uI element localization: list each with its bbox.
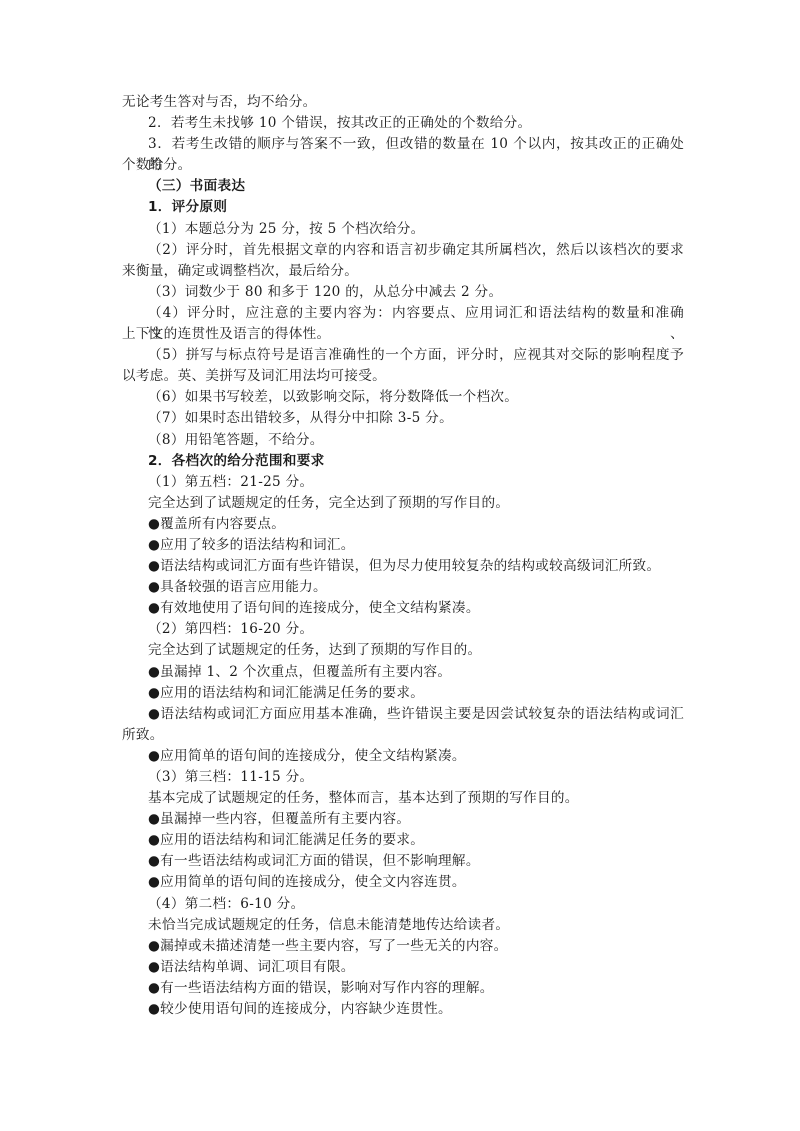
bullet-item: ●覆盖所有内容要点。 [122, 514, 684, 535]
text-line: （1）本题总分为 25 分，按 5 个档次给分。 [122, 219, 684, 240]
bullet-item: ●应用的语法结构和词汇能满足任务的要求。 [122, 683, 684, 704]
bullet-item: ●语法结构或词汇方面应用基本准确，些许错误主要是因尝试较复杂的语法结构或词汇 [122, 704, 684, 725]
text-line: 基本完成了试题规定的任务，整体而言，基本达到了预期的写作目的。 [122, 788, 684, 809]
text-line: （4）评分时，应注意的主要内容为：内容要点、应用词汇和语法结构的数量和准确性、 [122, 303, 684, 324]
section-heading: （三）书面表达 [122, 176, 684, 197]
bullet-item: ●语法结构单调、词汇项目有限。 [122, 957, 684, 978]
text-line: （3）词数少于 80 和多于 120 的，从总分中减去 2 分。 [122, 282, 684, 303]
text-line: （2）评分时，首先根据文章的内容和语言初步确定其所属档次，然后以该档次的要求 [122, 240, 684, 261]
section-heading: 2．各档次的给分范围和要求 [122, 451, 684, 472]
text-line: （6）如果书写较差，以致影响交际，将分数降低一个档次。 [122, 387, 684, 408]
text-line: 来衡量，确定或调整档次，最后给分。 [122, 261, 684, 282]
bullet-item: ●语法结构或词汇方面有些许错误，但为尽力使用较复杂的结构或较高级词汇所致。 [122, 556, 684, 577]
section-heading: 1．评分原则 [122, 197, 684, 218]
text-line: 完全达到了试题规定的任务，达到了预期的写作目的。 [122, 640, 684, 661]
bullet-item: ●应用简单的语句间的连接成分，使全文内容连贯。 [122, 872, 684, 893]
text-line: 个数给分。 [122, 155, 684, 176]
text-line: （2）第四档：16-20 分。 [122, 619, 684, 640]
bullet-item: ●虽漏掉 1、2 个次重点，但覆盖所有主要内容。 [122, 662, 684, 683]
text-line: （4）第二档：6-10 分。 [122, 894, 684, 915]
bullet-item: ●虽漏掉一些内容，但覆盖所有主要内容。 [122, 809, 684, 830]
bullet-item: ●应用了较多的语法结构和词汇。 [122, 535, 684, 556]
text-line: 3．若考生改错的顺序与答案不一致，但改错的数量在 10 个以内，按其改正的正确处… [122, 134, 684, 155]
document-page: 无论考生答对与否，均不给分。2．若考生未找够 10 个错误，按其改正的正确处的个… [122, 92, 684, 1020]
text-line: 无论考生答对与否，均不给分。 [122, 92, 684, 113]
text-line: （5）拼写与标点符号是语言准确性的一个方面，评分时，应视其对交际的影响程度予 [122, 345, 684, 366]
bullet-item: ●应用简单的语句间的连接成分，使全文结构紧凑。 [122, 746, 684, 767]
bullet-item: ●有效地使用了语句间的连接成分，使全文结构紧凑。 [122, 598, 684, 619]
text-line: （3）第三档：11-15 分。 [122, 767, 684, 788]
text-line: （1）第五档：21-25 分。 [122, 472, 684, 493]
bullet-item: ●漏掉或未描述清楚一些主要内容，写了一些无关的内容。 [122, 936, 684, 957]
bullet-item: ●有一些语法结构或词汇方面的错误，但不影响理解。 [122, 851, 684, 872]
bullet-item: ●应用的语法结构和词汇能满足任务的要求。 [122, 830, 684, 851]
text-line: 所致。 [122, 725, 684, 746]
bullet-item: ●较少使用语句间的连接成分，内容缺少连贯性。 [122, 999, 684, 1020]
text-line: 以考虑。英、美拼写及词汇用法均可接受。 [122, 366, 684, 387]
text-line: 未恰当完成试题规定的任务，信息未能清楚地传达给读者。 [122, 915, 684, 936]
text-line: 完全达到了试题规定的任务，完全达到了预期的写作目的。 [122, 493, 684, 514]
bullet-item: ●具备较强的语言应用能力。 [122, 577, 684, 598]
text-line: （7）如果时态出错较多，从得分中扣除 3-5 分。 [122, 408, 684, 429]
bullet-item: ●有一些语法结构方面的错误，影响对写作内容的理解。 [122, 978, 684, 999]
text-line: （8）用铅笔答题，不给分。 [122, 430, 684, 451]
text-line: 2．若考生未找够 10 个错误，按其改正的正确处的个数给分。 [122, 113, 684, 134]
